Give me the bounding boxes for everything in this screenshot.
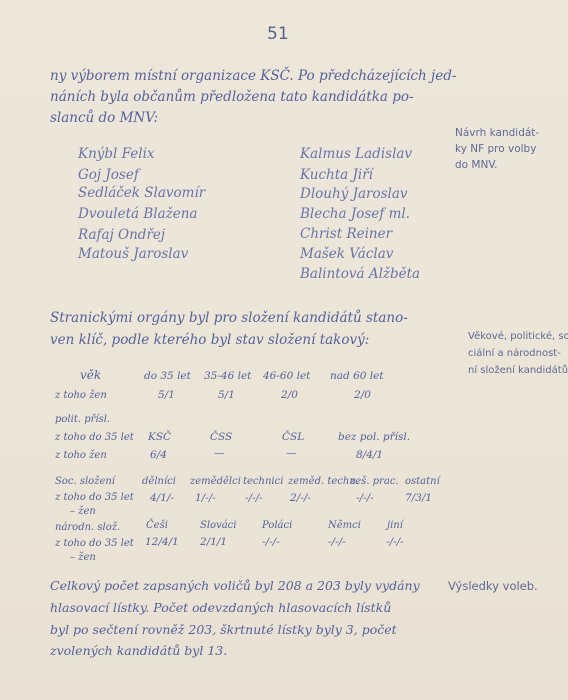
nationality-label: národn. slož. [55, 522, 120, 533]
candidate-right-4: Blecha Josef ml. [300, 206, 410, 222]
social-label: Soc. složení [55, 476, 115, 487]
social-header-4: zeměd. techn. [288, 476, 359, 487]
intro-line-3: slanců do MNV: [50, 108, 158, 129]
nationality-header-1: Češi [146, 520, 168, 531]
candidate-left-1: Knýbl Felix [78, 146, 155, 162]
social-sub-label-1: z toho do 35 let [55, 492, 134, 503]
nationality-header-3: Poláci [262, 520, 292, 531]
margin-note-candidates: Návrh kandidát- ky NF pro volby do MNV. [455, 125, 539, 173]
candidate-left-6: Matouš Jaroslav [78, 246, 188, 262]
age-header-3: 46-60 let [263, 370, 310, 382]
margin-note-line: Návrh kandidát- [455, 125, 539, 141]
social-header-5: zeš. prac. [350, 476, 399, 487]
political-value-2: — [214, 447, 225, 459]
candidate-left-2: Goj Josef [78, 167, 139, 183]
margin-note-line: Věkové, politické, so- [468, 328, 568, 345]
political-value-1: 6/4 [150, 449, 167, 461]
margin-note-composition: Věkové, politické, so- ciální a národnos… [468, 328, 568, 379]
social-sub-label-2: – žen [70, 506, 96, 517]
social-value-1: 4/1/- [150, 492, 174, 504]
political-value-4: 8/4/1 [356, 449, 383, 461]
age-value-2: 5/1 [218, 389, 235, 401]
social-header-3: technici [243, 476, 283, 487]
social-value-5: -/-/- [356, 492, 374, 504]
nationality-sub-label-1: z toho do 35 let [55, 538, 134, 549]
key-line-2: ven klíč, podle kterého byl stav složení… [50, 330, 369, 351]
social-header-6: ostatní [405, 476, 440, 487]
political-header-4: bez pol. přísl. [338, 431, 410, 443]
candidate-right-6: Mašek Václav [300, 246, 393, 262]
page-number: 51 [267, 24, 289, 44]
nationality-value-1: 12/4/1 [145, 536, 179, 548]
candidate-right-2: Kuchta Jiří [300, 167, 373, 183]
political-header-2: ČSS [210, 431, 232, 443]
social-header-2: zemědělci [190, 476, 241, 487]
margin-note-line: ky NF pro volby [455, 141, 539, 157]
intro-line-2: náních byla občanům předložena tato kand… [50, 87, 414, 108]
nationality-sub-label-2: – žen [70, 552, 96, 563]
nationality-value-4: -/-/- [328, 536, 346, 548]
intro-line-1: ny výborem místní organizace KSČ. Po pře… [50, 66, 456, 87]
age-value-4: 2/0 [354, 389, 371, 401]
results-line-4: zvolených kandidátů byl 13. [50, 640, 227, 661]
social-value-2: 1/-/- [195, 492, 216, 504]
candidate-right-7: Balintová Alžběta [300, 266, 420, 282]
results-line-2: hlasovací lístky. Počet odevzdaných hlas… [50, 597, 391, 618]
age-header-4: nad 60 let [330, 370, 384, 382]
nationality-value-3: -/-/- [262, 536, 280, 548]
nationality-header-5: jiní [387, 520, 403, 531]
key-line-1: Stranickými orgány byl pro složení kandi… [50, 308, 408, 329]
age-value-3: 2/0 [281, 389, 298, 401]
results-line-3: byl po sečtení rovněž 203, škrtnuté líst… [50, 619, 397, 640]
social-value-4: 2/-/- [290, 492, 311, 504]
candidate-left-5: Rafaj Ondřej [78, 227, 165, 243]
political-header-3: ČSL [282, 431, 304, 443]
age-header-1: do 35 let [144, 370, 191, 382]
candidate-right-5: Christ Reiner [300, 226, 392, 242]
age-value-1: 5/1 [158, 389, 175, 401]
document-page: 51 ny výborem místní organizace KSČ. Po … [0, 0, 568, 700]
candidate-left-4: Dvouletá Blažena [78, 206, 197, 222]
margin-note-line: ní složení kandidátů. [468, 362, 568, 379]
age-row-label: věk [80, 368, 101, 382]
political-sub-label-1: z toho do 35 let [55, 432, 134, 443]
social-value-6: 7/3/1 [405, 492, 432, 504]
social-value-3: -/-/- [245, 492, 263, 504]
social-header-1: dělníci [142, 476, 176, 487]
candidate-left-3: Sedláček Slavomír [78, 185, 205, 201]
age-header-2: 35-46 let [204, 370, 251, 382]
age-sub-label: z toho žen [55, 390, 107, 401]
nationality-header-2: Slováci [200, 520, 236, 531]
margin-note-results: Výsledky voleb. [448, 578, 538, 594]
margin-note-line: ciální a národnost- [468, 345, 568, 362]
candidate-right-3: Dlouhý Jaroslav [300, 186, 408, 202]
nationality-value-5: -/-/- [386, 536, 404, 548]
political-sub-label-2: z toho žen [55, 450, 107, 461]
political-value-3: — [286, 447, 297, 459]
nationality-header-4: Němci [328, 520, 361, 531]
margin-note-line: do MNV. [455, 157, 539, 173]
political-label: polit. přísl. [55, 414, 110, 425]
nationality-value-2: 2/1/1 [200, 536, 227, 548]
candidate-right-1: Kalmus Ladislav [300, 146, 412, 162]
political-header-1: KSČ [148, 431, 171, 443]
results-line-1: Celkový počet zapsaných voličů byl 208 a… [50, 575, 420, 596]
